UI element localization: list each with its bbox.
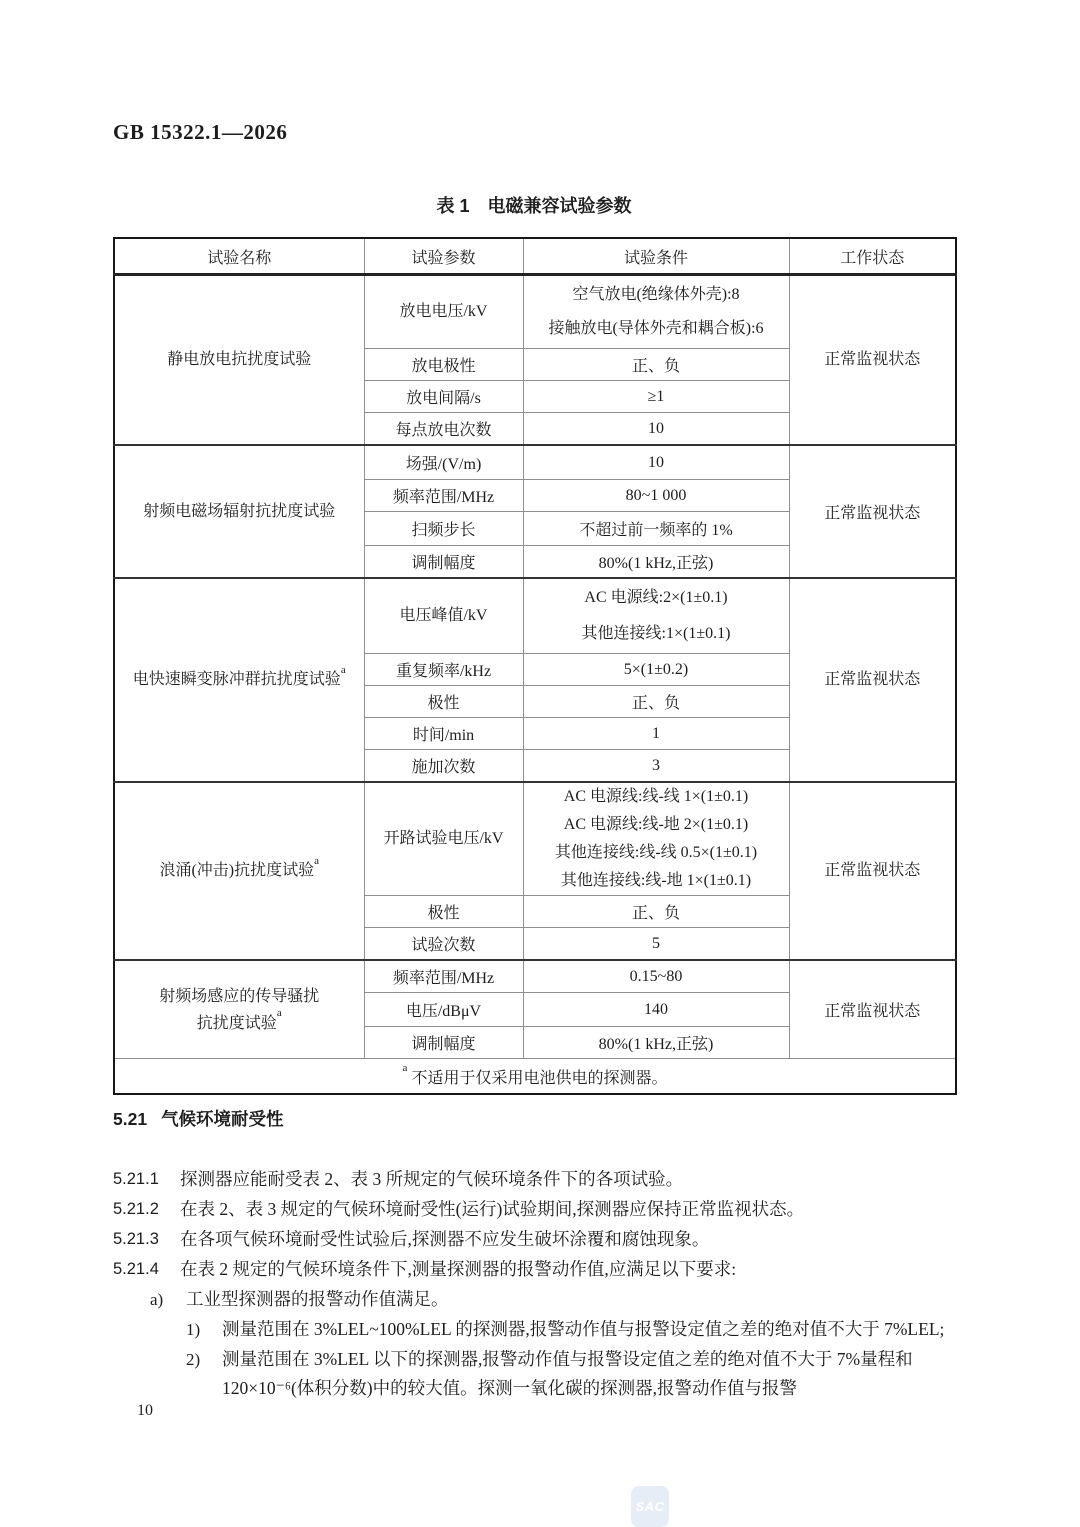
list-item: 2) 测量范围在 3%LEL 以下的探测器,报警动作值与报警设定值之差的绝对值不…	[186, 1345, 969, 1403]
cell-test-parameter: 时间/min	[364, 718, 523, 750]
table-row: 电快速瞬变脉冲群抗扰度试验a 电压峰值/kV AC 电源线:2×(1±0.1) …	[114, 578, 956, 654]
section-title: 气候环境耐受性	[161, 1109, 284, 1129]
list-label: a)	[150, 1285, 186, 1314]
table-row: 射频场感应的传导骚扰 抗扰度试验a 频率范围/MHz 0.15~80 正常监视状…	[114, 960, 956, 993]
cell-test-name: 浪涌(冲击)抗扰度试验a	[114, 782, 364, 960]
sac-watermark-logo: SAC	[631, 1486, 669, 1527]
table-title-label: 表 1	[436, 196, 469, 216]
cell-test-parameter: 开路试验电压/kV	[364, 782, 523, 896]
cell-test-parameter: 每点放电次数	[364, 413, 523, 446]
cell-test-parameter: 施加次数	[364, 750, 523, 783]
cell-test-parameter: 极性	[364, 686, 523, 718]
cell-test-parameter: 放电极性	[364, 349, 523, 381]
page-number: 10	[137, 1402, 153, 1420]
cell-test-condition: 正、负	[523, 896, 789, 928]
cell-test-condition: 10	[523, 413, 789, 446]
emc-test-table: 试验名称 试验参数 试验条件 工作状态 静电放电抗扰度试验 放电电压/kV 空气…	[113, 237, 957, 1095]
table-row: 射频电磁场辐射抗扰度试验 场强/(V/m) 10 正常监视状态	[114, 445, 956, 480]
table-footnote-row: a 不适用于仅采用电池供电的探测器。	[114, 1059, 956, 1095]
footnote-marker: a	[314, 855, 319, 867]
cell-working-status: 正常监视状态	[789, 578, 956, 782]
clause-number: 5.21.2	[113, 1195, 180, 1224]
list-label: 2)	[186, 1345, 222, 1403]
clause-text: 在表 2 规定的气候环境条件下,测量探测器的报警动作值,应满足以下要求:	[180, 1255, 969, 1284]
clause-number: 5.21.1	[113, 1165, 180, 1194]
section-heading: 5.21气候环境耐受性	[113, 1105, 969, 1134]
list-text: 测量范围在 3%LEL 以下的探测器,报警动作值与报警设定值之差的绝对值不大于 …	[222, 1345, 969, 1403]
list-label: 1)	[186, 1315, 222, 1344]
cell-test-condition: 正、负	[523, 349, 789, 381]
cell-test-condition: 不超过前一频率的 1%	[523, 512, 789, 546]
cell-test-name: 射频场感应的传导骚扰 抗扰度试验a	[114, 960, 364, 1059]
cell-working-status: 正常监视状态	[789, 782, 956, 960]
cell-test-parameter: 扫频步长	[364, 512, 523, 546]
footnote-marker: a	[277, 1007, 282, 1019]
clause: 5.21.1 探测器应能耐受表 2、表 3 所规定的气候环境条件下的各项试验。	[113, 1165, 969, 1194]
clause-number: 5.21.3	[113, 1225, 180, 1254]
clause-text: 在各项气候环境耐受性试验后,探测器不应发生破坏涂覆和腐蚀现象。	[180, 1225, 969, 1254]
column-header-test-condition: 试验条件	[523, 238, 789, 275]
cell-test-condition: AC 电源线:2×(1±0.1) 其他连接线:1×(1±0.1)	[523, 578, 789, 654]
clause: 5.21.2 在表 2、表 3 规定的气候环境耐受性(运行)试验期间,探测器应保…	[113, 1195, 969, 1224]
footnote-marker: a	[403, 1062, 408, 1074]
table-row: 浪涌(冲击)抗扰度试验a 开路试验电压/kV AC 电源线:线-线 1×(1±0…	[114, 782, 956, 896]
cell-test-parameter: 电压峰值/kV	[364, 578, 523, 654]
section-number: 5.21	[113, 1109, 147, 1129]
table-footnote: a 不适用于仅采用电池供电的探测器。	[114, 1059, 956, 1095]
table-header-row: 试验名称 试验参数 试验条件 工作状态	[114, 238, 956, 275]
cell-test-parameter: 频率范围/MHz	[364, 480, 523, 512]
cell-test-condition: 140	[523, 993, 789, 1027]
clause: 5.21.3 在各项气候环境耐受性试验后,探测器不应发生破坏涂覆和腐蚀现象。	[113, 1225, 969, 1254]
cell-test-parameter: 调制幅度	[364, 1027, 523, 1059]
list-text: 测量范围在 3%LEL~100%LEL 的探测器,报警动作值与报警设定值之差的绝…	[222, 1315, 969, 1344]
cell-test-condition: 3	[523, 750, 789, 783]
cell-test-parameter: 重复频率/kHz	[364, 654, 523, 686]
cell-test-condition: 80~1 000	[523, 480, 789, 512]
table-title: 表 1电磁兼容试验参数	[113, 192, 955, 218]
cell-test-condition: ≥1	[523, 381, 789, 413]
cell-test-name: 静电放电抗扰度试验	[114, 275, 364, 446]
column-header-test-parameter: 试验参数	[364, 238, 523, 275]
list-item: 1) 测量范围在 3%LEL~100%LEL 的探测器,报警动作值与报警设定值之…	[186, 1315, 969, 1344]
clause-text: 在表 2、表 3 规定的气候环境耐受性(运行)试验期间,探测器应保持正常监视状态…	[180, 1195, 969, 1224]
cell-test-condition: 80%(1 kHz,正弦)	[523, 546, 789, 579]
clause: 5.21.4 在表 2 规定的气候环境条件下,测量探测器的报警动作值,应满足以下…	[113, 1255, 969, 1284]
cell-test-name: 射频电磁场辐射抗扰度试验	[114, 445, 364, 578]
cell-test-condition: 0.15~80	[523, 960, 789, 993]
cell-test-parameter: 试验次数	[364, 928, 523, 961]
list-text: 工业型探测器的报警动作值满足。	[186, 1285, 449, 1314]
cell-working-status: 正常监视状态	[789, 445, 956, 578]
column-header-test-name: 试验名称	[114, 238, 364, 275]
cell-test-parameter: 频率范围/MHz	[364, 960, 523, 993]
cell-test-parameter: 放电电压/kV	[364, 275, 523, 349]
cell-test-condition: 5×(1±0.2)	[523, 654, 789, 686]
cell-test-condition: AC 电源线:线-线 1×(1±0.1) AC 电源线:线-地 2×(1±0.1…	[523, 782, 789, 896]
column-header-working-status: 工作状态	[789, 238, 956, 275]
list-item-a: a) 工业型探测器的报警动作值满足。	[150, 1285, 969, 1314]
doc-number: GB 15322.1—2026	[113, 120, 287, 145]
document-page: GB 15322.1—2026 表 1电磁兼容试验参数 试验名称 试验参数 试验…	[0, 0, 1080, 1527]
clause-text: 探测器应能耐受表 2、表 3 所规定的气候环境条件下的各项试验。	[180, 1165, 969, 1194]
cell-test-condition: 1	[523, 718, 789, 750]
cell-test-condition: 正、负	[523, 686, 789, 718]
cell-test-parameter: 放电间隔/s	[364, 381, 523, 413]
footnote-marker: a	[341, 664, 346, 676]
table-row: 静电放电抗扰度试验 放电电压/kV 空气放电(绝缘体外壳):8 接触放电(导体外…	[114, 275, 956, 349]
cell-working-status: 正常监视状态	[789, 275, 956, 446]
section-5-21: 5.21气候环境耐受性 5.21.1 探测器应能耐受表 2、表 3 所规定的气候…	[113, 1105, 969, 1404]
cell-test-parameter: 电压/dBμV	[364, 993, 523, 1027]
cell-test-condition: 80%(1 kHz,正弦)	[523, 1027, 789, 1059]
clause-number: 5.21.4	[113, 1255, 180, 1284]
cell-test-name: 电快速瞬变脉冲群抗扰度试验a	[114, 578, 364, 782]
cell-test-condition: 10	[523, 445, 789, 480]
cell-test-parameter: 调制幅度	[364, 546, 523, 579]
cell-working-status: 正常监视状态	[789, 960, 956, 1059]
cell-test-condition: 5	[523, 928, 789, 961]
cell-test-parameter: 极性	[364, 896, 523, 928]
cell-test-parameter: 场强/(V/m)	[364, 445, 523, 480]
table-title-text: 电磁兼容试验参数	[488, 196, 632, 216]
cell-test-condition: 空气放电(绝缘体外壳):8 接触放电(导体外壳和耦合板):6	[523, 275, 789, 349]
